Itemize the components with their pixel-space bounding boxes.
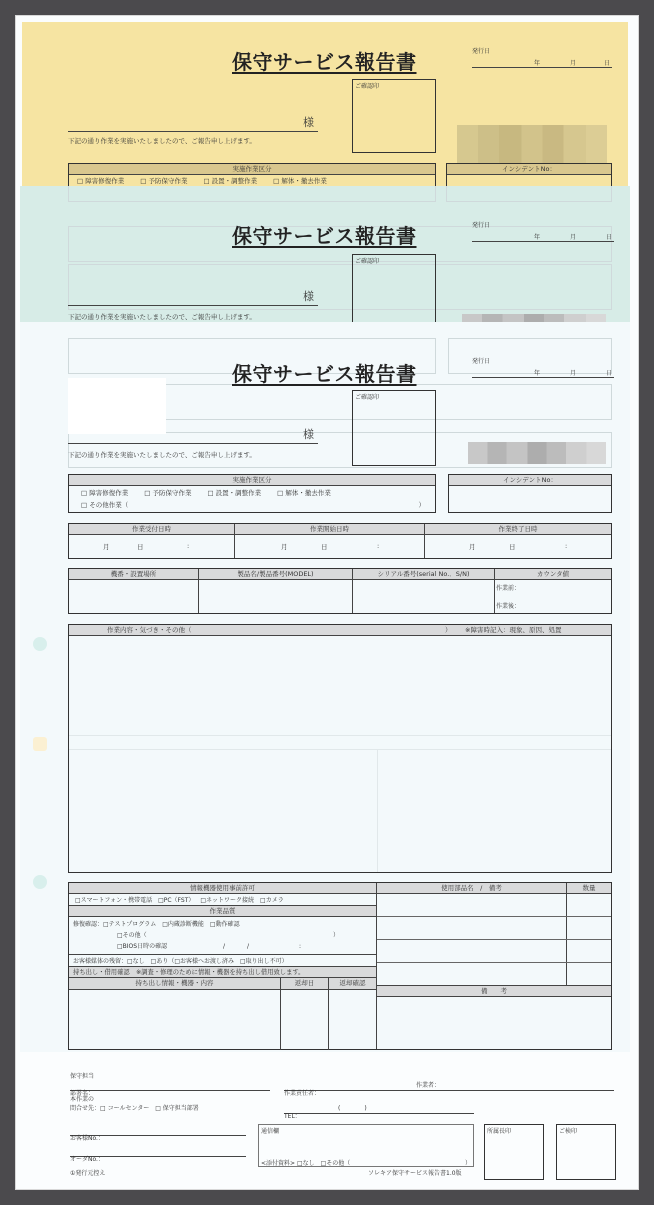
remarks-field[interactable] bbox=[377, 997, 611, 1043]
document-title: 保守サービス報告書 bbox=[232, 220, 417, 249]
yellow-copy-sheet: 保守サービス報告書 発行日 年 月 日 ご確認印 様 下記の通り作業を実施いたし… bbox=[22, 22, 628, 186]
work-category-box: 実施作業区分 □ 障害修復作業 □ 予防保守作業 □ 設置・調整作業 □ 解体・… bbox=[68, 474, 436, 513]
binding-hole bbox=[33, 875, 47, 889]
communication-box[interactable]: 通信欄 <添付資料> □なし □その他（ ） bbox=[258, 1124, 474, 1167]
redacted-area bbox=[468, 442, 606, 464]
order-no-field[interactable]: オーダNo.： bbox=[70, 1146, 246, 1157]
checkbox-repair[interactable]: □ 障害修復作業 bbox=[81, 487, 128, 499]
issue-date-label: 発行日 bbox=[472, 46, 490, 55]
start-datetime[interactable]: 作業開始日時 月 日 : bbox=[235, 524, 425, 558]
issue-date-label: 発行日 bbox=[472, 356, 490, 365]
copy-label: ①発行元控え bbox=[70, 1168, 105, 1177]
binding-hole bbox=[33, 637, 47, 651]
machine-location-cell[interactable]: 機番・設置場所 bbox=[69, 569, 199, 613]
device-permission-header: 情報機器使用事前許可 bbox=[69, 883, 376, 894]
checkbox-other[interactable]: □ その他作業（ ） bbox=[69, 500, 435, 511]
issue-date-field[interactable]: 年 月 日 bbox=[472, 56, 612, 68]
redacted-area bbox=[462, 314, 606, 322]
intro-text: 下記の通り作業を実施いたしましたので、ご報告申し上げます。 bbox=[68, 312, 256, 321]
received-datetime[interactable]: 作業受付日時 月 日 : bbox=[69, 524, 235, 558]
confirm-stamp-box: ご確認印 bbox=[352, 254, 436, 322]
datetime-table: 作業受付日時 月 日 : 作業開始日時 月 日 : 作業終了日時 月 bbox=[68, 523, 612, 559]
checkbox-preventive[interactable]: □ 予防保守作業 bbox=[144, 487, 191, 499]
document-title: 保守サービス報告書 bbox=[232, 358, 417, 387]
quality-checks[interactable]: 修復確認：□テストプログラム □内蔵診断機能 □動作確認 □その他（） □BIO… bbox=[69, 917, 376, 955]
issue-date-label: 発行日 bbox=[472, 220, 490, 229]
lower-table: 情報機器使用事前許可 □スマートフォン・携帯電話 □PC（FST） □ネットワー… bbox=[68, 882, 612, 1050]
manager-stamp-box: 所属長印 bbox=[484, 1124, 544, 1180]
device-permission-options[interactable]: □スマートフォン・携帯電話 □PC（FST） □ネットワーク接続 □カメラ bbox=[69, 894, 376, 906]
checkbox-option[interactable]: □ 解体・撤去作業 bbox=[273, 176, 327, 185]
media-check[interactable]: お客様媒体の残留：□なし □あり（□お客様へお渡し済み □取り出し不可） bbox=[69, 955, 376, 967]
checkbox-option[interactable]: □ 設置・調整作業 bbox=[203, 176, 257, 185]
responsible-field[interactable]: 作業責任者： 作業者： bbox=[284, 1080, 614, 1091]
end-datetime[interactable]: 作業終了日時 月 日 : bbox=[425, 524, 611, 558]
incident-box[interactable]: インシデントNo： bbox=[448, 474, 612, 513]
issue-date-field[interactable]: 年 月 日 bbox=[472, 366, 614, 378]
confirm-stamp-box: ご確認印 bbox=[352, 390, 436, 466]
model-cell[interactable]: 製品名/製品番号(MODEL) bbox=[199, 569, 353, 613]
inspection-stamp-box: ご検印 bbox=[556, 1124, 616, 1180]
checkbox-install[interactable]: □ 設置・調整作業 bbox=[207, 487, 261, 499]
customer-no-field[interactable]: お客様No.： bbox=[70, 1125, 246, 1136]
customer-name-field[interactable]: 様 bbox=[68, 284, 318, 306]
department-field[interactable]: 部署名： bbox=[70, 1080, 270, 1091]
confirm-stamp-box: ご確認印 bbox=[352, 79, 436, 153]
parts-row[interactable] bbox=[377, 917, 611, 940]
front-sheet: 保守サービス報告書 発行日 年 月 日 ご確認印 様 下記の通り作業を実施いたし… bbox=[20, 322, 630, 1052]
takeout-header: 持ち出し・借用確認 ※調査・修理のために情報・機器を持ち出し借用致します。 bbox=[69, 967, 376, 978]
inquiry-pre: 本作業の bbox=[70, 1094, 94, 1103]
inquiry-contact[interactable]: 問合せ先：□ コールセンター □ 保守担当部署 bbox=[70, 1103, 199, 1112]
maintenance-label: 保守担当 bbox=[70, 1071, 94, 1080]
incident-box[interactable]: インシデントNo： bbox=[446, 163, 612, 186]
version-label: ソレキア保守サービス報告書1.0版 bbox=[368, 1168, 462, 1177]
intro-text: 下記の通り作業を実施いたしましたので、ご報告申し上げます。 bbox=[68, 450, 256, 459]
customer-name-field[interactable]: 様 bbox=[68, 110, 318, 132]
intro-text: 下記の通り作業を実施いたしましたので、ご報告申し上げます。 bbox=[68, 136, 256, 145]
serial-cell[interactable]: シリアル番号(serial No.．S/N) bbox=[353, 569, 495, 613]
parts-row[interactable] bbox=[377, 963, 611, 986]
quality-header: 作業品質 bbox=[69, 906, 376, 917]
parts-row[interactable] bbox=[377, 894, 611, 917]
remarks-header: 備 考 bbox=[377, 986, 611, 997]
binding-hole bbox=[33, 737, 47, 751]
parts-row[interactable] bbox=[377, 940, 611, 963]
tel-field[interactable]: TEL： ( ) bbox=[284, 1103, 474, 1114]
issue-date-field[interactable]: 年 月 日 bbox=[472, 230, 614, 242]
takeout-entry[interactable] bbox=[69, 990, 376, 1050]
parts-table: 使用部品名 / 備考 数量 備 考 bbox=[377, 883, 611, 1049]
checkbox-option[interactable]: □ 障害修復作業 bbox=[77, 176, 124, 185]
work-content-box[interactable]: 作業内容・気づき・その他（ ） ※障害時記入：現象、原因、処置 bbox=[68, 624, 612, 873]
document-title: 保守サービス報告書 bbox=[232, 46, 417, 75]
checkbox-removal[interactable]: □ 解体・撤去作業 bbox=[277, 487, 331, 499]
green-copy-sheet: 保守サービス報告書 発行日 年 月 日 ご確認印 様 下記の通り作業を実施いたし… bbox=[20, 186, 630, 322]
equipment-table: 機番・設置場所 製品名/製品番号(MODEL) シリアル番号(serial No… bbox=[68, 568, 612, 614]
customer-name-field[interactable]: 様 bbox=[68, 422, 318, 444]
counter-cell[interactable]: カウンタ値 作業前： 作業後： bbox=[495, 569, 611, 613]
work-category-box: 実施作業区分 □ 障害修復作業 □ 予防保守作業 □ 設置・調整作業 □ 解体・… bbox=[68, 163, 436, 186]
checkbox-option[interactable]: □ 予防保守作業 bbox=[140, 176, 187, 185]
